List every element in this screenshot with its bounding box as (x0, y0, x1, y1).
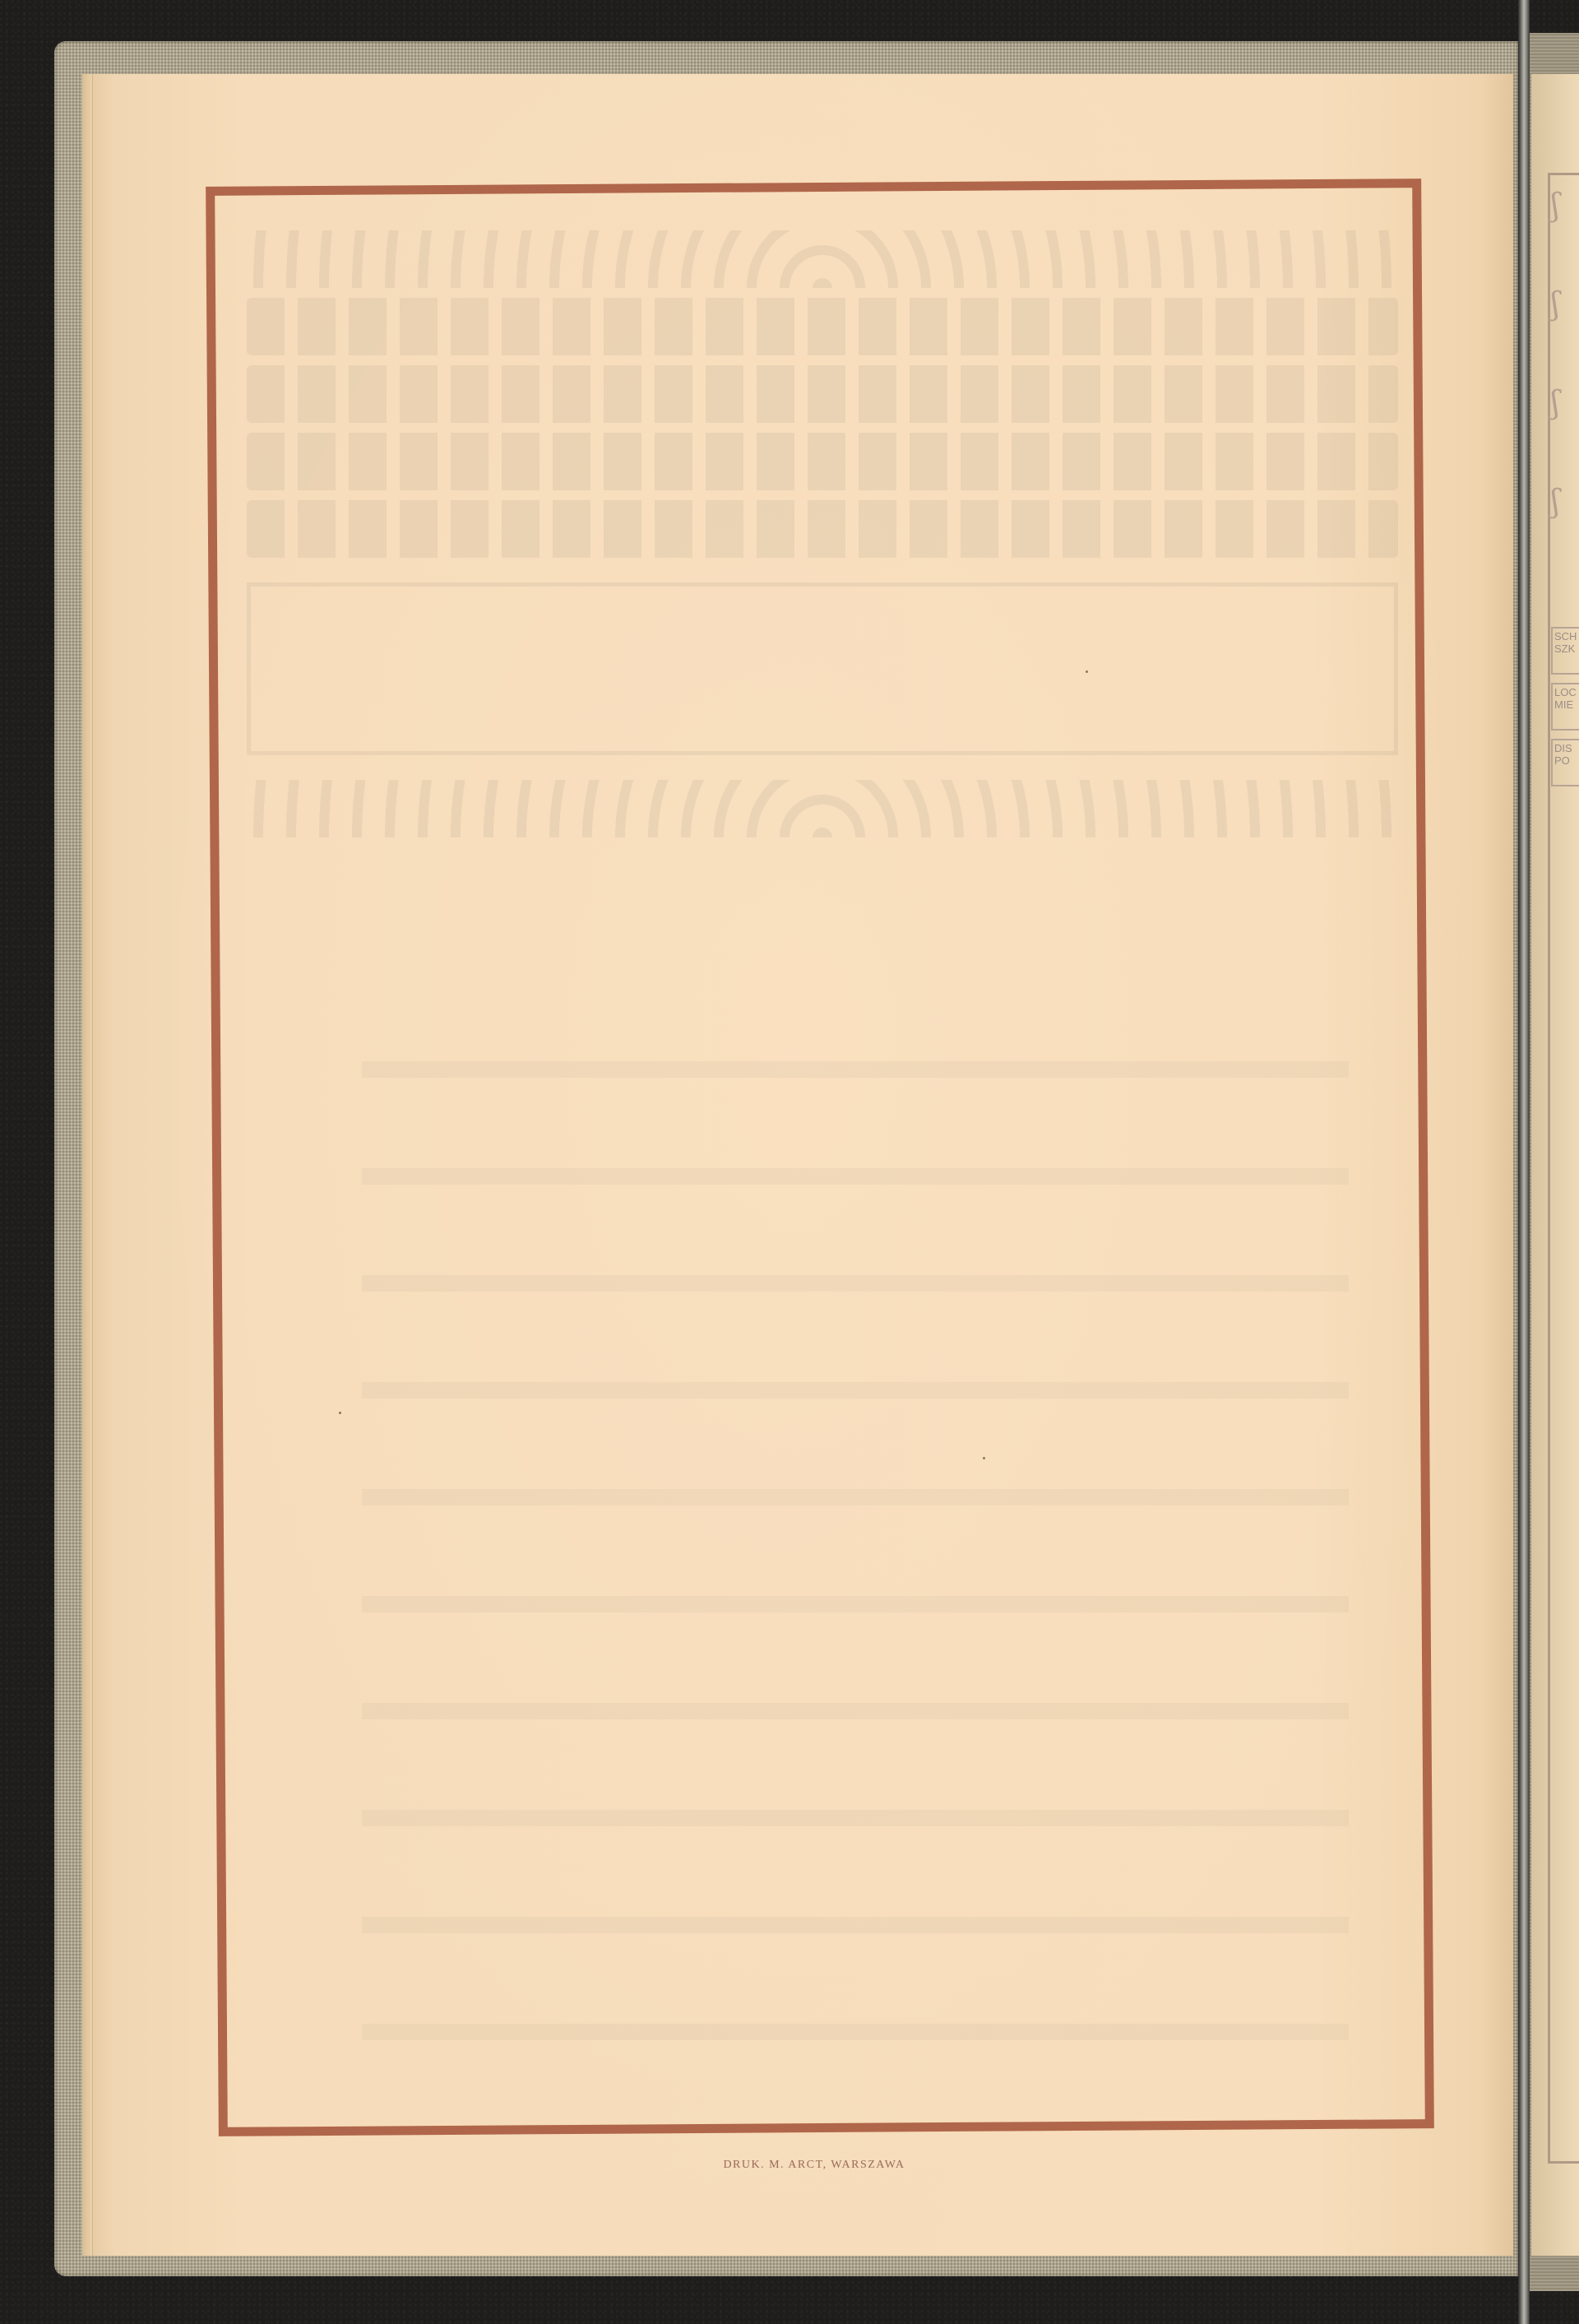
printer-imprint: DRUK. M. ARCT, WARSZAWA (0, 2159, 1579, 2172)
ornament-glyph: ʃ (1551, 288, 1579, 319)
page-stack-edge (82, 74, 93, 2256)
paper-speck (983, 1457, 985, 1459)
next-page-label: SCH SZK (1551, 627, 1579, 675)
decorative-frame-border (206, 179, 1434, 2136)
next-page-label: LOC MIE (1551, 683, 1579, 731)
ornament-glyph: ʃ (1551, 189, 1579, 220)
paper-speck (1086, 670, 1088, 673)
book-gutter-spine (1518, 0, 1530, 2324)
next-page-sliver: ʃ ʃ ʃ ʃ SCH SZK LOC MIE DIS PO (1531, 74, 1579, 2256)
paper-speck (339, 1412, 341, 1414)
next-page-frame (1548, 173, 1579, 2164)
ornament-glyph: ʃ (1551, 485, 1579, 517)
ornament-glyph: ʃ (1551, 387, 1579, 418)
next-page-label: DIS PO (1551, 739, 1579, 786)
